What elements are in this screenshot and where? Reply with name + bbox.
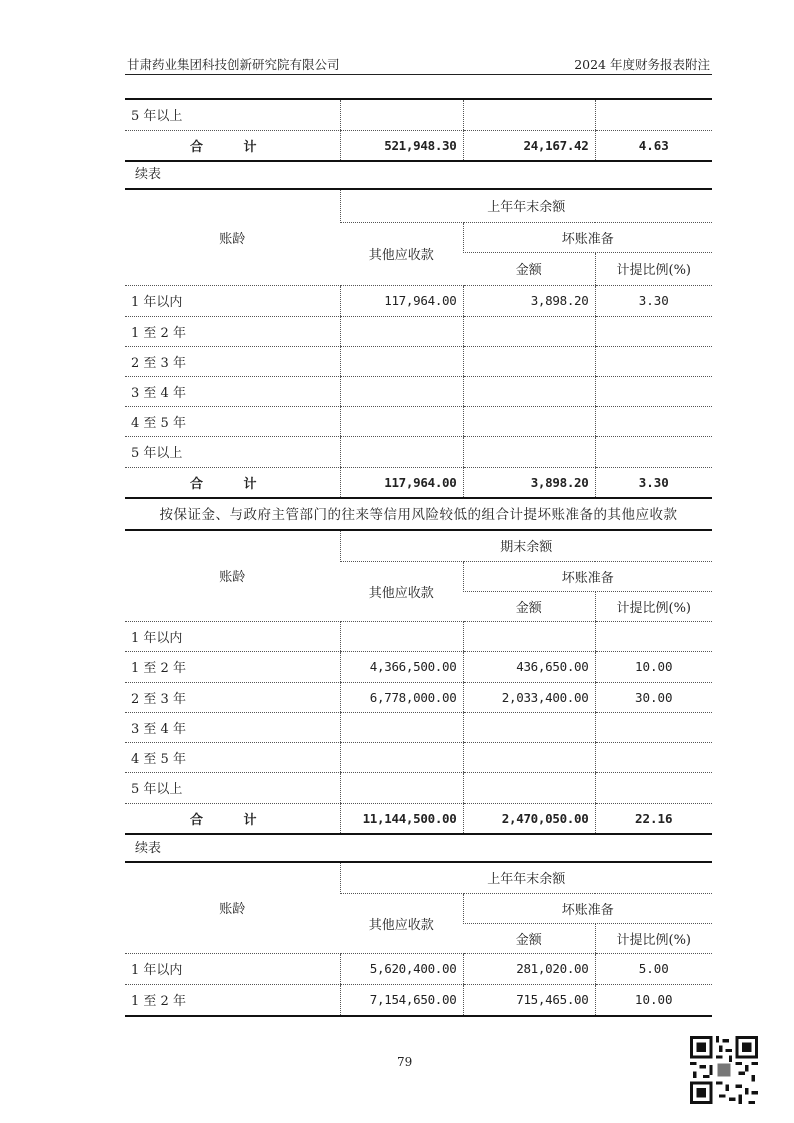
table-row: 2 至 3 年 6,778,000.00 2,033,400.00 30.00 bbox=[125, 682, 712, 712]
total-label: 合 计 bbox=[125, 467, 340, 498]
ratio-cell bbox=[595, 99, 712, 130]
receivable-header: 其他应收款 bbox=[340, 222, 463, 285]
receivable-cell bbox=[340, 346, 463, 376]
ratio-header: 计提比例(%) bbox=[595, 252, 712, 285]
header-row: 账龄 上年年末余额 bbox=[125, 862, 712, 893]
total-receivable: 11,144,500.00 bbox=[340, 803, 463, 834]
ratio-cell: 10.00 bbox=[595, 651, 712, 682]
table-row: 1 至 2 年 4,366,500.00 436,650.00 10.00 bbox=[125, 651, 712, 682]
amount-cell bbox=[463, 712, 595, 742]
ratio-cell: 10.00 bbox=[595, 984, 712, 1016]
table-4-prior-year: 账龄 上年年末余额 其他应收款 坏账准备 金额 计提比例(%) 1 年以内 5,… bbox=[125, 861, 712, 1017]
amount-cell: 281,020.00 bbox=[463, 953, 595, 984]
amount-cell bbox=[463, 316, 595, 346]
total-amount: 3,898.20 bbox=[463, 467, 595, 498]
amount-cell: 715,465.00 bbox=[463, 984, 595, 1016]
table-3-period-end: 账龄 期末余额 其他应收款 坏账准备 金额 计提比例(%) 1 年以内 1 至 … bbox=[125, 529, 712, 835]
ratio-cell bbox=[595, 346, 712, 376]
header-row: 账龄 期末余额 bbox=[125, 530, 712, 561]
age-cell: 5 年以上 bbox=[125, 772, 340, 803]
amount-cell bbox=[463, 346, 595, 376]
receivable-cell: 117,964.00 bbox=[340, 285, 463, 316]
qr-code-icon bbox=[690, 1036, 758, 1104]
age-cell: 2 至 3 年 bbox=[125, 346, 340, 376]
receivable-cell: 4,366,500.00 bbox=[340, 651, 463, 682]
period-header: 期末余额 bbox=[340, 530, 712, 561]
amount-cell bbox=[463, 772, 595, 803]
ratio-cell bbox=[595, 742, 712, 772]
amount-header: 金额 bbox=[463, 252, 595, 285]
ratio-cell: 5.00 bbox=[595, 953, 712, 984]
period-header: 上年年末余额 bbox=[340, 862, 712, 893]
ratio-cell bbox=[595, 621, 712, 651]
table-row: 1 年以内 117,964.00 3,898.20 3.30 bbox=[125, 285, 712, 316]
section-caption: 按保证金、与政府主管部门的往来等信用风险较低的组合计提坏账准备的其他应收款 bbox=[125, 503, 712, 523]
age-cell: 2 至 3 年 bbox=[125, 682, 340, 712]
amount-header: 金额 bbox=[463, 591, 595, 621]
table-row: 5 年以上 bbox=[125, 436, 712, 467]
table-row: 3 至 4 年 bbox=[125, 712, 712, 742]
table-row: 1 年以内 5,620,400.00 281,020.00 5.00 bbox=[125, 953, 712, 984]
age-cell: 3 至 4 年 bbox=[125, 712, 340, 742]
age-cell: 1 至 2 年 bbox=[125, 316, 340, 346]
amount-cell bbox=[463, 621, 595, 651]
ratio-cell bbox=[595, 772, 712, 803]
amount-cell bbox=[463, 406, 595, 436]
bad-debt-header: 坏账准备 bbox=[463, 561, 712, 591]
table-row: 1 至 2 年 bbox=[125, 316, 712, 346]
total-ratio: 3.30 bbox=[595, 467, 712, 498]
ratio-cell: 3.30 bbox=[595, 285, 712, 316]
page-header: 甘肃药业集团科技创新研究院有限公司 2024 年度财务报表附注 bbox=[125, 53, 712, 75]
period-header: 上年年末余额 bbox=[340, 189, 712, 222]
age-header: 账龄 bbox=[125, 530, 340, 621]
table-row: 3 至 4 年 bbox=[125, 376, 712, 406]
continued-label: 续表 bbox=[135, 837, 161, 856]
ratio-cell bbox=[595, 406, 712, 436]
table-row: 5 年以上 bbox=[125, 772, 712, 803]
header-row: 账龄 上年年末余额 bbox=[125, 189, 712, 222]
amount-cell: 2,033,400.00 bbox=[463, 682, 595, 712]
receivable-cell bbox=[340, 772, 463, 803]
ratio-cell: 30.00 bbox=[595, 682, 712, 712]
ratio-header: 计提比例(%) bbox=[595, 923, 712, 953]
age-cell: 5 年以上 bbox=[125, 99, 340, 130]
report-title: 2024 年度财务报表附注 bbox=[574, 55, 710, 73]
amount-cell bbox=[463, 742, 595, 772]
age-cell: 1 年以内 bbox=[125, 953, 340, 984]
bad-debt-header: 坏账准备 bbox=[463, 893, 712, 923]
age-cell: 5 年以上 bbox=[125, 436, 340, 467]
age-header: 账龄 bbox=[125, 189, 340, 285]
amount-cell bbox=[463, 99, 595, 130]
page-number: 79 bbox=[397, 1055, 412, 1069]
table-row: 4 至 5 年 bbox=[125, 406, 712, 436]
amount-header: 金额 bbox=[463, 923, 595, 953]
age-cell: 4 至 5 年 bbox=[125, 406, 340, 436]
ratio-header: 计提比例(%) bbox=[595, 591, 712, 621]
continued-label: 续表 bbox=[135, 163, 161, 182]
total-amount: 2,470,050.00 bbox=[463, 803, 595, 834]
age-cell: 4 至 5 年 bbox=[125, 742, 340, 772]
receivable-cell bbox=[340, 99, 463, 130]
age-cell: 1 至 2 年 bbox=[125, 651, 340, 682]
receivable-cell bbox=[340, 316, 463, 346]
total-label: 合 计 bbox=[125, 803, 340, 834]
table-row: 1 至 2 年 7,154,650.00 715,465.00 10.00 bbox=[125, 984, 712, 1016]
table-row: 1 年以内 bbox=[125, 621, 712, 651]
ratio-cell bbox=[595, 436, 712, 467]
total-row: 合 计 11,144,500.00 2,470,050.00 22.16 bbox=[125, 803, 712, 834]
table-2-prior-year: 账龄 上年年末余额 其他应收款 坏账准备 金额 计提比例(%) 1 年以内 11… bbox=[125, 188, 712, 499]
receivable-header: 其他应收款 bbox=[340, 561, 463, 621]
receivable-cell: 7,154,650.00 bbox=[340, 984, 463, 1016]
ratio-cell bbox=[595, 316, 712, 346]
receivable-cell bbox=[340, 621, 463, 651]
amount-cell bbox=[463, 376, 595, 406]
ratio-cell bbox=[595, 376, 712, 406]
total-row: 合 计 117,964.00 3,898.20 3.30 bbox=[125, 467, 712, 498]
receivable-header: 其他应收款 bbox=[340, 893, 463, 953]
age-cell: 1 至 2 年 bbox=[125, 984, 340, 1016]
total-ratio: 4.63 bbox=[595, 130, 712, 161]
company-name: 甘肃药业集团科技创新研究院有限公司 bbox=[127, 55, 340, 73]
age-cell: 1 年以内 bbox=[125, 285, 340, 316]
age-cell: 1 年以内 bbox=[125, 621, 340, 651]
table-row: 2 至 3 年 bbox=[125, 346, 712, 376]
total-receivable: 117,964.00 bbox=[340, 467, 463, 498]
ratio-cell bbox=[595, 712, 712, 742]
receivable-cell bbox=[340, 406, 463, 436]
total-amount: 24,167.42 bbox=[463, 130, 595, 161]
total-row: 合 计 521,948.30 24,167.42 4.63 bbox=[125, 130, 712, 161]
total-receivable: 521,948.30 bbox=[340, 130, 463, 161]
table-row: 4 至 5 年 bbox=[125, 742, 712, 772]
total-ratio: 22.16 bbox=[595, 803, 712, 834]
amount-cell: 3,898.20 bbox=[463, 285, 595, 316]
receivable-cell: 5,620,400.00 bbox=[340, 953, 463, 984]
receivable-cell bbox=[340, 712, 463, 742]
receivable-cell bbox=[340, 742, 463, 772]
amount-cell bbox=[463, 436, 595, 467]
receivable-cell bbox=[340, 376, 463, 406]
age-cell: 3 至 4 年 bbox=[125, 376, 340, 406]
bad-debt-header: 坏账准备 bbox=[463, 222, 712, 252]
receivable-cell bbox=[340, 436, 463, 467]
receivable-cell: 6,778,000.00 bbox=[340, 682, 463, 712]
total-label: 合 计 bbox=[125, 130, 340, 161]
amount-cell: 436,650.00 bbox=[463, 651, 595, 682]
table-row: 5 年以上 bbox=[125, 99, 712, 130]
age-header: 账龄 bbox=[125, 862, 340, 953]
table-1-fragment: 5 年以上 合 计 521,948.30 24,167.42 4.63 bbox=[125, 98, 712, 162]
